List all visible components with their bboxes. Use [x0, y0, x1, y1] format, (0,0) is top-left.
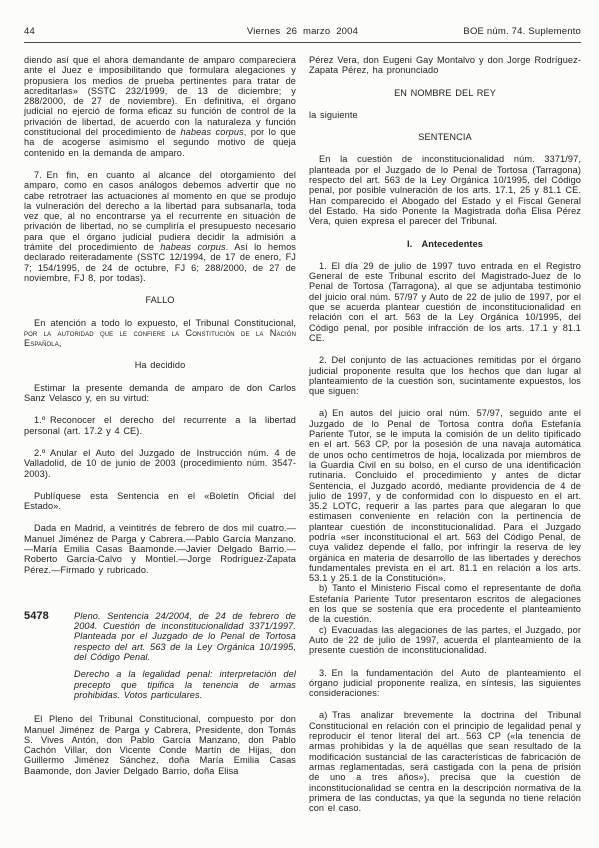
- paragraph-fallo-punto-2: 2.º Anular el Auto del Juzgado de Instru…: [24, 448, 296, 479]
- paragraph-fallo-punto-1: 1.º Reconocer el derecho del recurrente …: [24, 415, 296, 436]
- heading-fallo: FALLO: [24, 295, 296, 305]
- paragraph-el-pleno: El Pleno del Tribunal Constitucional, co…: [24, 714, 296, 776]
- paragraph-estimar: Estimar la presente demanda de amparo de…: [24, 383, 296, 404]
- paragraph-en-atencion: En atención a todo lo expuesto, el Tribu…: [24, 318, 296, 349]
- paragraph-dada-en-madrid: Dada en Madrid, a veintitrés de febrero …: [24, 523, 296, 574]
- paragraph-antecedente-1: 1. El día 29 de julio de 1997 tuvo entra…: [309, 261, 581, 343]
- paragraph-antecedente-2: 2. Del conjunto de las actuaciones remit…: [309, 355, 581, 396]
- item-number: 5478: [24, 611, 74, 700]
- boe-gazette-page: 44 Viernes 26 marzo 2004 BOE núm. 74. Su…: [0, 0, 599, 848]
- paragraph-antecedente-2a: a) En autos del juicio oral núm. 57/97, …: [309, 408, 581, 583]
- header-issue: BOE núm. 74. Suplemento: [358, 26, 581, 37]
- paragraph-cuestion: En la cuestión de inconstitucionalidad n…: [309, 154, 581, 226]
- page-header: 44 Viernes 26 marzo 2004 BOE núm. 74. Su…: [24, 26, 581, 43]
- header-date: Viernes 26 marzo 2004: [247, 26, 358, 37]
- paragraph-publiquese: Publíquese esta Sentencia en el «Boletín…: [24, 491, 296, 512]
- left-column: diendo así que el ahora demandante de am…: [24, 55, 296, 813]
- paragraph-perez-vera-continuation: Pérez Vera, don Eugeni Gay Montalvo y do…: [309, 55, 581, 76]
- two-column-body: diendo así que el ahora demandante de am…: [24, 55, 581, 813]
- paragraph-amparo-continuation: diendo así que el ahora demandante de am…: [24, 55, 296, 158]
- paragraph-antecedente-3: 3. En la fundamentación del Auto de plan…: [309, 668, 581, 699]
- item-summary: Pleno. Sentencia 24/2004, de 24 de febre…: [74, 611, 296, 700]
- heading-sentencia: SENTENCIA: [309, 132, 581, 142]
- item-5478: 5478 Pleno. Sentencia 24/2004, de 24 de …: [24, 611, 296, 700]
- right-column: Pérez Vera, don Eugeni Gay Montalvo y do…: [309, 55, 581, 813]
- item-summary-line-1: Pleno. Sentencia 24/2004, de 24 de febre…: [74, 611, 296, 662]
- paragraph-la-siguiente: la siguiente: [309, 110, 581, 120]
- paragraph-antecedente-2c: c) Evacuadas las alegaciones de las part…: [309, 625, 581, 656]
- heading-en-nombre-del-rey: EN NOMBRE DEL REY: [309, 88, 581, 98]
- paragraph-7: 7. En fin, en cuanto al alcance del otor…: [24, 170, 296, 283]
- heading-ha-decidido: Ha decidido: [24, 360, 296, 370]
- paragraph-antecedente-3a: a) Tras analizar brevemente la doctrina …: [309, 710, 581, 813]
- heading-antecedentes: I. Antecedentes: [309, 239, 581, 249]
- paragraph-antecedente-2b: b) Tanto el Ministerio Fiscal como el re…: [309, 583, 581, 624]
- page-number: 44: [24, 26, 247, 37]
- item-summary-line-2: Derecho a la legalidad penal: interpreta…: [74, 669, 296, 700]
